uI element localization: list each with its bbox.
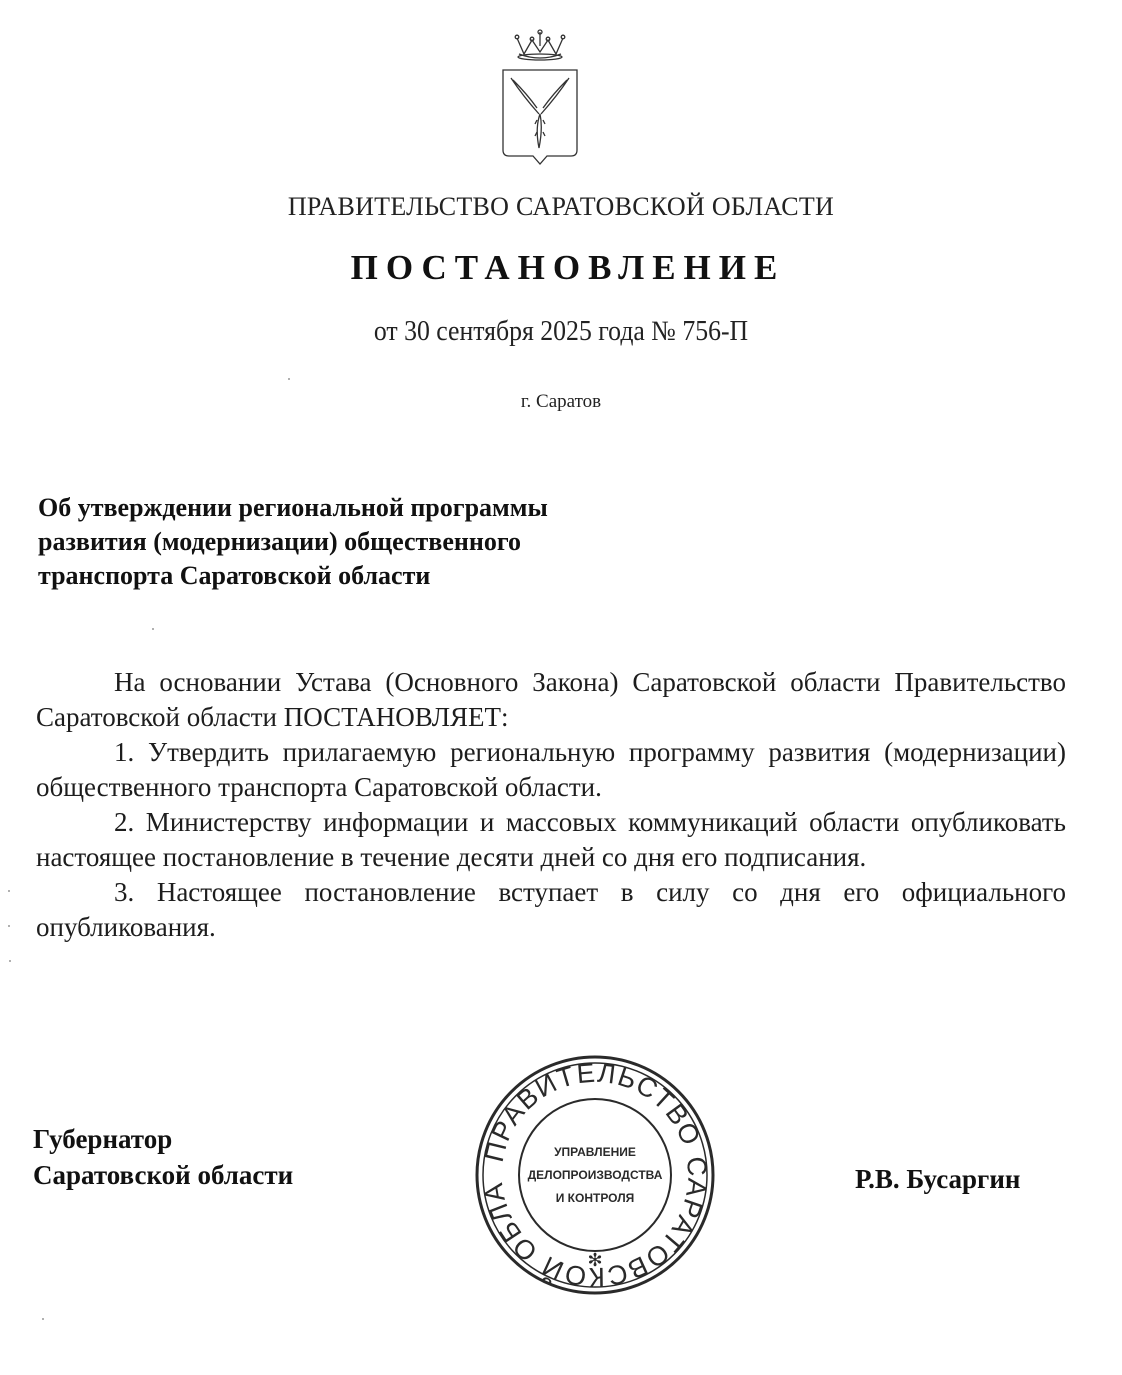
- coat-of-arms-icon: [497, 28, 583, 166]
- clause-3: 3. Настоящее постановление вступает в си…: [36, 875, 1066, 945]
- document-subject: Об утверждении региональной программы ра…: [38, 491, 678, 593]
- seal-inner-line2: ДЕЛОПРОИЗВОДСТВА: [528, 1168, 663, 1182]
- document-city: г. Саратов: [0, 391, 1122, 413]
- scan-speck: [42, 1318, 44, 1320]
- subject-line: транспорта Саратовской области: [38, 559, 678, 593]
- signatory-name: Р.В. Бусаргин: [855, 1164, 1020, 1195]
- clause-1: 1. Утвердить прилагаемую региональную пр…: [36, 735, 1066, 805]
- scan-speck: [9, 960, 11, 962]
- scan-speck: [8, 890, 10, 892]
- official-seal-stamp: ПРАВИТЕЛЬСТВО САРАТОВСКОЙ ОБЛАСТИ УПРАВЛ…: [472, 1052, 718, 1298]
- organization-name: ПРАВИТЕЛЬСТВО САРАТОВСКОЙ ОБЛАСТИ: [0, 192, 1122, 222]
- document-type-title: ПОСТАНОВЛЕНИЕ: [0, 248, 1122, 288]
- scan-speck: [288, 378, 290, 380]
- subject-line: Об утверждении региональной программы: [38, 491, 678, 525]
- scan-speck: [8, 925, 10, 927]
- preamble-paragraph: На основании Устава (Основного Закона) С…: [36, 665, 1066, 735]
- signatory-title-line1: Губернатор: [33, 1121, 293, 1157]
- seal-star-icon: ✻: [587, 1250, 602, 1270]
- seal-inner-line1: УПРАВЛЕНИЕ: [554, 1145, 636, 1159]
- seal-inner-line3: И КОНТРОЛЯ: [556, 1191, 635, 1205]
- scan-speck: [152, 628, 154, 630]
- signatory-title: Губернатор Саратовской области: [33, 1121, 293, 1193]
- signatory-title-line2: Саратовской области: [33, 1157, 293, 1193]
- subject-line: развития (модернизации) общественного: [38, 525, 678, 559]
- document-date-number: от 30 сентября 2025 года № 756-П: [45, 316, 1077, 348]
- document-page: ПРАВИТЕЛЬСТВО САРАТОВСКОЙ ОБЛАСТИ ПОСТАН…: [0, 0, 1122, 1375]
- clause-2: 2. Министерству информации и массовых ко…: [36, 805, 1066, 875]
- document-body: На основании Устава (Основного Закона) С…: [36, 665, 1066, 945]
